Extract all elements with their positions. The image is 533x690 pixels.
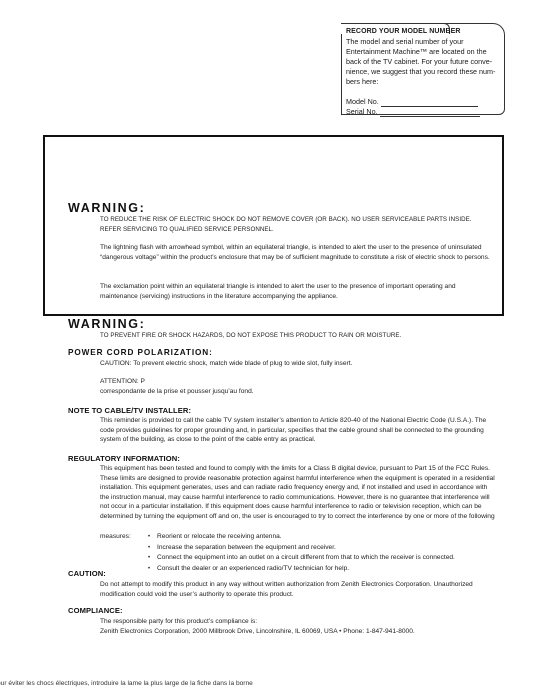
serial-number-label: Serial No. — [346, 107, 378, 117]
warning-moisture-text: TO PREVENT FIRE OR SHOCK HAZARDS, DO NOT… — [100, 331, 495, 341]
warning-caps-line: TO REDUCE THE RISK OF ELECTRIC SHOCK DO … — [100, 215, 495, 225]
measure-item: Increase the separation between the equi… — [148, 543, 500, 554]
serial-number-row: Serial No. — [346, 107, 498, 117]
model-number-label: Model No. — [346, 97, 379, 107]
record-fields: Model No. Serial No. — [346, 97, 498, 117]
record-model-number-box: RECORD YOUR MODEL NUMBER The model and s… — [341, 23, 505, 115]
power-cord-attention-cont: correspondante de la prise et pousser ju… — [100, 387, 495, 397]
measure-item: Consult the dealer or an experienced rad… — [148, 564, 500, 575]
record-box-line: bers here: — [346, 77, 498, 87]
regulatory-measures: measures: Reorient or relocate the recei… — [100, 532, 500, 574]
power-cord-caution: CAUTION: To prevent electric shock, matc… — [100, 359, 495, 369]
caution-text: Do not attempt to modify this product in… — [100, 580, 495, 599]
measure-item: Reorient or relocate the receiving anten… — [148, 532, 500, 543]
record-box-line: nience, we suggest that you record these… — [346, 67, 498, 77]
warning-moisture-heading: WARNING: — [68, 317, 145, 331]
warning-caps-line: REFER SERVICING TO QUALIFIED SERVICE PER… — [100, 225, 495, 235]
model-number-row: Model No. — [346, 97, 498, 107]
french-footer-text: our éviter les chocs électriques, introd… — [0, 680, 253, 687]
cable-installer-heading: NOTE TO CABLE/TV INSTALLER: — [68, 406, 191, 415]
exclamation-symbol-text: The exclamation point within an equilate… — [100, 282, 495, 301]
compliance-line: The responsible party for this product’s… — [100, 617, 495, 627]
record-box-line: back of the TV cabinet. For your future … — [346, 57, 498, 67]
cable-installer-text: This reminder is provided to call the ca… — [100, 416, 495, 445]
power-cord-heading: POWER CORD POLARIZATION: — [68, 348, 213, 357]
regulatory-text: This equipment has been tested and found… — [100, 464, 495, 522]
record-box-title: RECORD YOUR MODEL NUMBER — [346, 27, 498, 37]
compliance-address: Zenith Electronics Corporation, 2000 Mil… — [100, 627, 495, 637]
record-box-line: Entertainment Machine™ are located on th… — [346, 47, 498, 57]
compliance-heading: COMPLIANCE: — [68, 606, 123, 615]
model-number-field[interactable] — [381, 98, 478, 107]
measure-item: Connect the equipment into an outlet on … — [148, 553, 500, 564]
measures-label: measures: — [100, 532, 131, 542]
power-cord-attention: ATTENTION: P — [100, 377, 495, 387]
lightning-symbol-text: The lightning flash with arrowhead symbo… — [100, 243, 495, 262]
measures-list: Reorient or relocate the receiving anten… — [100, 532, 500, 574]
caution-heading: CAUTION: — [68, 569, 106, 578]
warning-heading: WARNING: — [68, 201, 145, 215]
regulatory-heading: REGULATORY INFORMATION: — [68, 454, 180, 463]
serial-number-field[interactable] — [380, 108, 480, 117]
record-box-line: The model and serial number of your — [346, 37, 498, 47]
